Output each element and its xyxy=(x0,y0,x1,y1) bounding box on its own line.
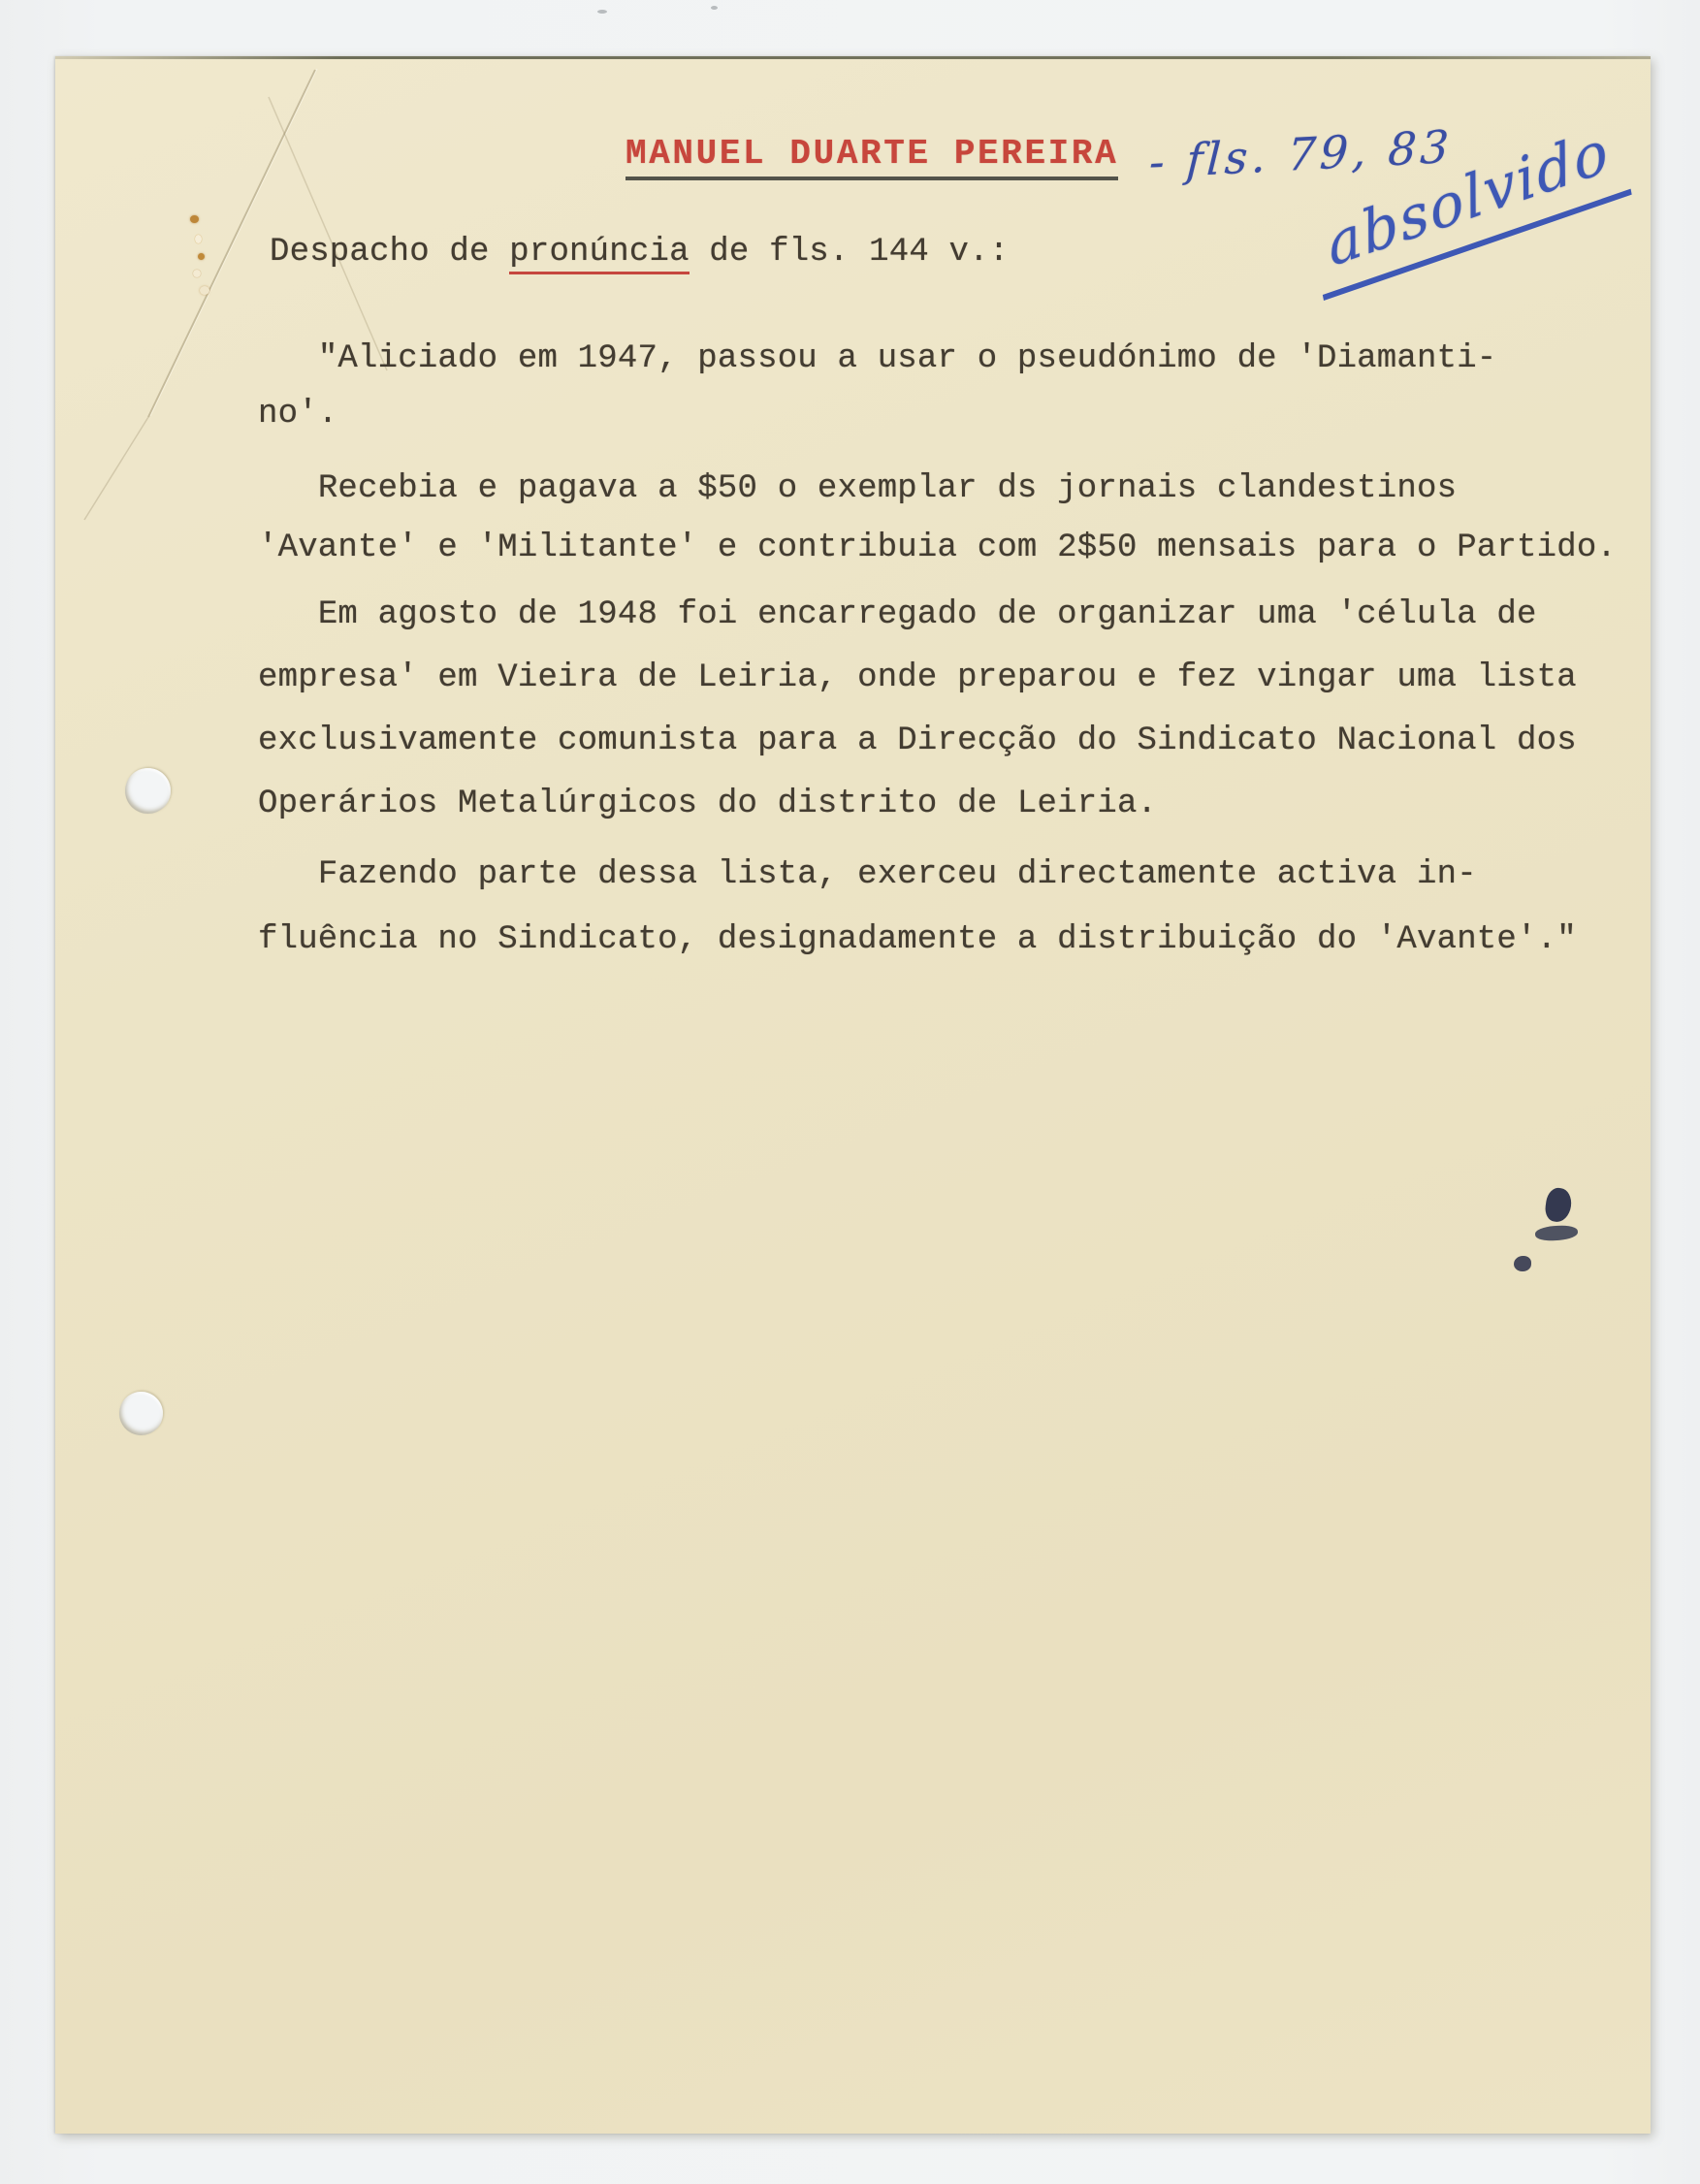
document-page: MANUEL DUARTE PEREIRA - fls. 79, 83 abso… xyxy=(55,56,1651,2134)
typewritten-line: Operários Metalúrgicos do distrito de Le… xyxy=(258,786,1157,822)
typewritten-line: Fazendo parte dessa lista, exerceu direc… xyxy=(258,856,1477,893)
heading-underlined-word: pronúncia xyxy=(509,234,689,274)
heading-pre: Despacho de xyxy=(270,234,509,271)
ink-blot xyxy=(1535,1224,1579,1241)
typewritten-line: fluência no Sindicato, designadamente a … xyxy=(258,921,1577,958)
scan-dust-speck xyxy=(711,6,718,10)
heading-line: Despacho de pronúncia de fls. 144 v.: xyxy=(270,234,1009,271)
staple-prick xyxy=(200,286,209,295)
folio-annotation-handwritten: - fls. 79, 83 xyxy=(1148,120,1454,189)
typewritten-line: exclusivamente comunista para a Direcção… xyxy=(258,723,1577,759)
staple-prick xyxy=(193,270,201,277)
typewritten-line: Recebia e pagava a $50 o exemplar ds jor… xyxy=(258,470,1457,507)
heading-post: de fls. 144 v.: xyxy=(690,234,1010,271)
typewritten-line: "Aliciado em 1947, passou a usar o pseud… xyxy=(258,340,1496,377)
typewritten-line: Em agosto de 1948 foi encarregado de org… xyxy=(258,596,1537,633)
ink-blot xyxy=(1544,1186,1574,1223)
fold-crease-lines xyxy=(55,56,560,599)
staple-prick xyxy=(195,235,202,243)
staple-prick xyxy=(190,215,199,223)
punch-hole-top xyxy=(125,768,171,814)
subject-name-title: MANUEL DUARTE PEREIRA xyxy=(625,134,1118,180)
punch-hole-bottom xyxy=(119,1392,163,1435)
staple-prick xyxy=(198,253,205,260)
scan-dust-speck xyxy=(597,10,607,14)
typewritten-line: no'. xyxy=(258,396,337,433)
typewritten-line: 'Avante' e 'Militante' e contribuia com … xyxy=(258,530,1617,566)
typewritten-line: empresa' em Vieira de Leiria, onde prepa… xyxy=(258,659,1577,696)
ink-blot xyxy=(1514,1256,1531,1271)
